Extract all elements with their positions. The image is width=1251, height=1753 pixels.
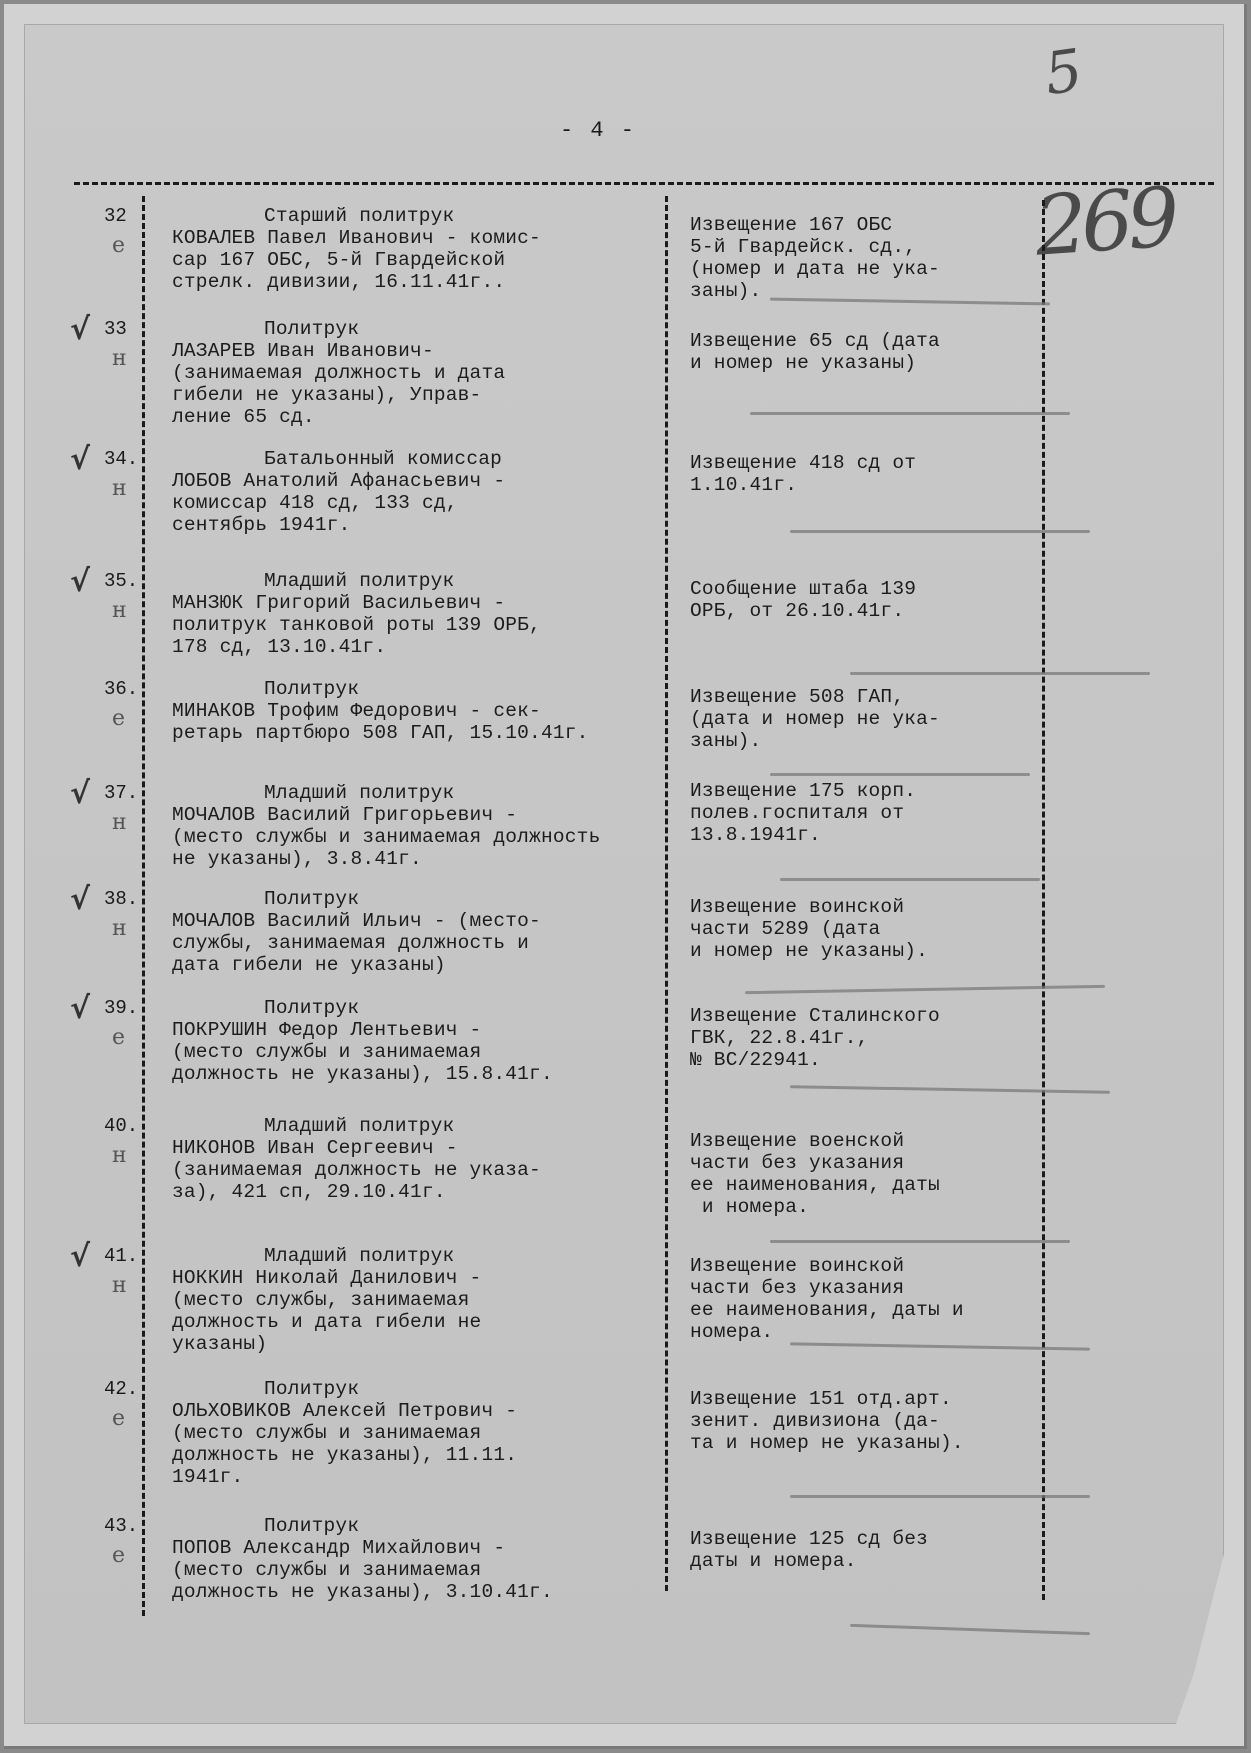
entry-number: 43. [104, 1515, 138, 1537]
entry-rank: Политрук [172, 1515, 652, 1537]
entry-details: МОЧАЛОВ Василий Григорьевич - (место слу… [172, 804, 600, 870]
entry-source-notice: Извещение 65 сд (дата и номер не указаны… [690, 330, 1040, 374]
entry-source-notice: Извещение 175 корп. полев.госпиталя от 1… [690, 780, 1040, 846]
pencil-underline [790, 1495, 1090, 1498]
entry-details: ЛАЗАРЕВ Иван Иванович- (занимаемая должн… [172, 340, 505, 428]
margin-category-mark: е [112, 706, 125, 731]
margin-category-mark: е [112, 1543, 125, 1568]
check-mark: √ [70, 776, 90, 811]
entry-source-notice: Извещение 418 сд от 1.10.41г. [690, 452, 1040, 496]
sheet-number-handwritten: 269 [1032, 170, 1177, 274]
entry-rank: Младший политрук [172, 782, 652, 804]
pencil-underline [770, 773, 1030, 776]
entry-source-notice: Извещение Сталинского ГВК, 22.8.41г., № … [690, 1005, 1040, 1071]
page-number: - 4 - [560, 118, 636, 143]
entry-source-notice: Сообщение штаба 139 ОРБ, от 26.10.41г. [690, 578, 1040, 622]
margin-category-mark: е [112, 233, 125, 258]
pencil-underline [770, 1240, 1070, 1243]
entry-rank: Политрук [172, 1378, 652, 1400]
entry-person: ПолитрукОЛЬХОВИКОВ Алексей Петрович - (м… [172, 1378, 652, 1488]
margin-category-mark: н [112, 1273, 127, 1298]
entry-rank: Батальонный комиссар [172, 448, 652, 470]
entry-rank: Младший политрук [172, 570, 652, 592]
margin-category-mark: н [112, 476, 127, 501]
middle-column-rule [665, 196, 668, 1591]
entry-details: КОВАЛЕВ Павел Иванович - комис- сар 167 … [172, 227, 541, 293]
entry-number: 40. [104, 1115, 138, 1137]
entry-person: ПолитрукПОКРУШИН Федор Лентьевич - (мест… [172, 997, 652, 1085]
entry-details: НОККИН Николай Данилович - (место службы… [172, 1267, 481, 1355]
pencil-underline [780, 878, 1040, 881]
entry-person: Младший политрукМАНЗЮК Григорий Васильев… [172, 570, 652, 658]
check-mark: √ [70, 312, 90, 347]
right-column-rule [1042, 200, 1045, 1600]
entry-source-notice: Извещение 508 ГАП, (дата и номер не ука-… [690, 686, 1040, 752]
entry-rank: Младший политрук [172, 1245, 652, 1267]
entry-rank: Политрук [172, 997, 652, 1019]
entry-source-notice: Извещение 151 отд.арт. зенит. дивизиона … [690, 1388, 1040, 1454]
check-mark: √ [70, 991, 90, 1026]
entry-number: 41. [104, 1245, 138, 1267]
entry-source-notice: Извещение воинской части 5289 (дата и но… [690, 896, 1040, 962]
check-mark: √ [70, 1239, 90, 1274]
entry-details: НИКОНОВ Иван Сергеевич - (занимаемая дол… [172, 1137, 541, 1203]
margin-category-mark: н [112, 916, 127, 941]
entry-source-notice: Извещение 167 ОБС 5-й Гвардейск. сд., (н… [690, 214, 1040, 302]
entry-number: 36. [104, 678, 138, 700]
entry-number: 35. [104, 570, 138, 592]
entry-person: ПолитрукПОПОВ Александр Михайлович - (ме… [172, 1515, 652, 1603]
entry-number: 37. [104, 782, 138, 804]
pencil-underline [790, 530, 1090, 533]
entry-person: Младший политрукНОККИН Николай Данилович… [172, 1245, 652, 1355]
check-mark: √ [70, 564, 90, 599]
entry-number: 33 [104, 318, 127, 340]
entry-number: 42. [104, 1378, 138, 1400]
entry-rank: Политрук [172, 318, 652, 340]
entry-person: ПолитрукМОЧАЛОВ Василий Ильич - (место- … [172, 888, 652, 976]
entry-details: МОЧАЛОВ Василий Ильич - (место- службы, … [172, 910, 541, 976]
table-top-rule [74, 182, 1214, 185]
margin-category-mark: е [112, 1025, 125, 1050]
entry-details: МИНАКОВ Трофим Федорович - сек- ретарь п… [172, 700, 589, 744]
check-mark: √ [70, 882, 90, 917]
entry-number: 38. [104, 888, 138, 910]
entry-person: Младший политрукМОЧАЛОВ Василий Григорье… [172, 782, 652, 870]
left-column-rule [142, 196, 145, 1616]
entry-details: ПОПОВ Александр Михайлович - (место служ… [172, 1537, 553, 1603]
entry-rank: Политрук [172, 678, 652, 700]
entry-source-notice: Извещение 125 сд без даты и номера. [690, 1528, 1040, 1572]
entry-person: ПолитрукМИНАКОВ Трофим Федорович - сек- … [172, 678, 652, 744]
entry-source-notice: Извещение воинской части без указания ее… [690, 1255, 1040, 1343]
margin-category-mark: е [112, 1406, 125, 1431]
entry-details: МАНЗЮК Григорий Васильевич - политрук та… [172, 592, 541, 658]
margin-category-mark: н [112, 810, 127, 835]
entry-person: Старший политрукКОВАЛЕВ Павел Иванович -… [172, 205, 652, 293]
entry-person: ПолитрукЛАЗАРЕВ Иван Иванович- (занимаем… [172, 318, 652, 428]
entry-rank: Политрук [172, 888, 652, 910]
entry-rank: Младший политрук [172, 1115, 652, 1137]
pencil-underline [750, 412, 1070, 415]
entry-person: Младший политрукНИКОНОВ Иван Сергеевич -… [172, 1115, 652, 1203]
entry-rank: Старший политрук [172, 205, 652, 227]
margin-category-mark: н [112, 1143, 127, 1168]
entry-details: ПОКРУШИН Федор Лентьевич - (место службы… [172, 1019, 553, 1085]
entry-details: ОЛЬХОВИКОВ Алексей Петрович - (место слу… [172, 1400, 517, 1488]
entry-person: Батальонный комиссарЛОБОВ Анатолий Афана… [172, 448, 652, 536]
check-mark: √ [70, 442, 90, 477]
entry-number: 34. [104, 448, 138, 470]
pencil-underline [850, 672, 1150, 675]
entry-details: ЛОБОВ Анатолий Афанасьевич - комиссар 41… [172, 470, 505, 536]
entry-number: 39. [104, 997, 138, 1019]
margin-category-mark: н [112, 598, 127, 623]
margin-category-mark: н [112, 346, 127, 371]
entry-source-notice: Извещение военской части без указания ее… [690, 1130, 1040, 1218]
entry-number: 32 [104, 205, 127, 227]
